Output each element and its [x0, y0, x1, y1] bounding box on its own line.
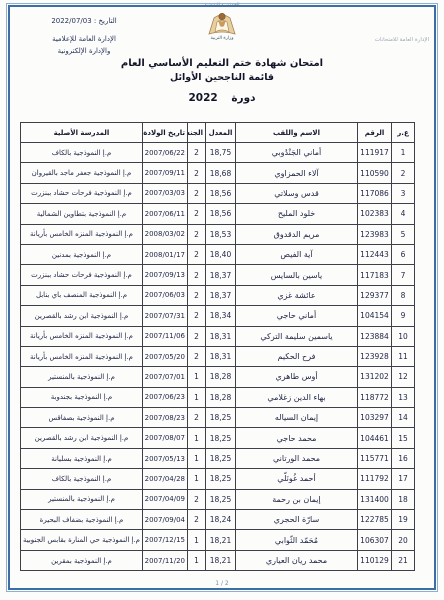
header-school: المدرسة الأصلية [21, 123, 143, 143]
cell-gender: 1 [188, 530, 206, 550]
cell-id: 104154 [358, 306, 392, 326]
cell-name: ياسمين سليمة التركي [236, 326, 358, 346]
table-row: 6112443آية الفيص18,4022008/01/17م.إ النم… [21, 244, 415, 264]
ministry-name-text: وزارة التربية [191, 36, 253, 42]
table-row: 7117183ياسين بالسايس18,3722007/09/13م.إ … [21, 265, 415, 285]
cell-school: م.إ النموذجية فرحات حشاد ببنزرت [21, 183, 143, 203]
table-header-row: ع.ر الرقم الاسم واللقب المعدل الجنس تاري… [21, 123, 415, 143]
cell-id: 129377 [358, 285, 392, 305]
table-row: 20106307مُحَمّد الثّوابي18,2112007/12/15… [21, 530, 415, 550]
header-gender: الجنس [188, 123, 206, 143]
date-value: 2022/07/03 [51, 17, 91, 25]
cell-name: عائشة غزي [236, 285, 358, 305]
cell-name: إيمان السياله [236, 408, 358, 428]
cell-dob: 2007/09/11 [143, 163, 188, 183]
cell-school: م.إ النموذجية ابن رشد بالقصرين [21, 306, 143, 326]
cell-rank: 2 [392, 163, 415, 183]
table-row: 9104154أماني حاجي18,3422007/07/31م.إ الن… [21, 306, 415, 326]
table-row: 10123884ياسمين سليمة التركي18,3122007/11… [21, 326, 415, 346]
cell-name: محمد حاجي [236, 428, 358, 448]
cell-id: 118772 [358, 387, 392, 407]
table-row: 19122785سارّة الحجري18,2422007/09/04م.إ … [21, 510, 415, 530]
cell-id: 123983 [358, 224, 392, 244]
table-row: 13118772بهاء الدين زغلامي18,2812007/06/2… [21, 387, 415, 407]
cell-rank: 19 [392, 510, 415, 530]
cell-dob: 2008/03/02 [143, 224, 188, 244]
cell-rank: 13 [392, 387, 415, 407]
cell-avg: 18,40 [206, 244, 236, 264]
cell-school: م.إ النموذجية بالكاف [21, 143, 143, 163]
cell-avg: 18,25 [206, 448, 236, 468]
list-subtitle: قائمة الناجحين الأوائل [0, 71, 444, 85]
header-birthdate: تاريخ الولادة [143, 123, 188, 143]
cell-school: م.إ النموذجية المنزه الخامس بأريانة [21, 224, 143, 244]
cell-avg: 18,53 [206, 224, 236, 244]
cell-dob: 2007/07/31 [143, 306, 188, 326]
cell-avg: 18,28 [206, 367, 236, 387]
cell-avg: 18,21 [206, 550, 236, 570]
cell-avg: 18,56 [206, 183, 236, 203]
cell-school: م.إ النموذجية المنصف باي بنابل [21, 285, 143, 305]
cell-name: بهاء الدين زغلامي [236, 387, 358, 407]
cell-rank: 10 [392, 326, 415, 346]
cell-dob: 2007/06/22 [143, 143, 188, 163]
cell-gender: 2 [188, 183, 206, 203]
cell-dob: 2007/07/01 [143, 367, 188, 387]
cell-dob: 2007/09/13 [143, 265, 188, 285]
cell-gender: 2 [188, 204, 206, 224]
date-label: التاريخ : [94, 17, 117, 25]
cell-rank: 11 [392, 346, 415, 366]
exam-title: امتحان شهادة ختم التعليم الأساسي العام [0, 56, 444, 71]
cell-dob: 2007/04/09 [143, 489, 188, 509]
cell-school: م.إ النموذجية بجندوبة [21, 387, 143, 407]
cell-dob: 2007/06/11 [143, 204, 188, 224]
cell-school: م.إ النموذجية بالمنستير [21, 367, 143, 387]
page-indicator: 1 / 2 [0, 580, 444, 587]
table-row: 11123928فرح الحكيم18,3122007/05/20م.إ ال… [21, 346, 415, 366]
table-row: 17111792أحمد غُونَلّي18,2512007/04/28م.إ… [21, 469, 415, 489]
session-year: 2022 [188, 92, 217, 104]
cell-school: م.إ النموذجية حي المنارة بقابس الجنوبية [21, 530, 143, 550]
cell-id: 103297 [358, 408, 392, 428]
cell-rank: 7 [392, 265, 415, 285]
cell-dob: 2007/09/04 [143, 510, 188, 530]
cell-school: م.إ النموذجية ابن رشد بالقصرين [21, 428, 143, 448]
cell-school: م.إ النموذجية بمدنين [21, 244, 143, 264]
cell-gender: 2 [188, 265, 206, 285]
cell-id: 117183 [358, 265, 392, 285]
cell-name: ياسين بالسايس [236, 265, 358, 285]
cell-avg: 18,25 [206, 428, 236, 448]
cell-dob: 2007/06/03 [143, 285, 188, 305]
cell-name: إيمان بن رحمة [236, 489, 358, 509]
cell-rank: 12 [392, 367, 415, 387]
cell-school: م.إ النموذجية بسليانة [21, 448, 143, 468]
table-row: 21110129محمد ريان العياري18,2112007/11/2… [21, 550, 415, 570]
cell-name: محمد الورتاني [236, 448, 358, 468]
cell-dob: 2007/11/06 [143, 326, 188, 346]
cell-avg: 18,75 [206, 143, 236, 163]
cell-id: 110129 [358, 550, 392, 570]
cell-avg: 18,25 [206, 489, 236, 509]
cell-rank: 5 [392, 224, 415, 244]
cell-dob: 2007/04/28 [143, 469, 188, 489]
cell-rank: 20 [392, 530, 415, 550]
cell-avg: 18,37 [206, 265, 236, 285]
table-row: 12131202أوس طاهري18,2812007/07/01م.إ الن… [21, 367, 415, 387]
cell-avg: 18,31 [206, 326, 236, 346]
cell-id: 111917 [358, 143, 392, 163]
cell-gender: 1 [188, 428, 206, 448]
cell-school: م.إ النموذجية فرحات حشاد ببنزرت [21, 265, 143, 285]
cell-gender: 2 [188, 163, 206, 183]
cell-rank: 15 [392, 428, 415, 448]
cell-id: 131202 [358, 367, 392, 387]
cell-dob: 2007/08/07 [143, 428, 188, 448]
cell-name: مُحَمّد الثّوابي [236, 530, 358, 550]
cell-avg: 18,68 [206, 163, 236, 183]
cell-dob: 2007/11/20 [143, 550, 188, 570]
session-label: دورة [231, 92, 255, 104]
cell-name: أوس طاهري [236, 367, 358, 387]
cell-avg: 18,21 [206, 530, 236, 550]
cell-name: آلاء الحمزاوي [236, 163, 358, 183]
cell-gender: 2 [188, 224, 206, 244]
cell-rank: 3 [392, 183, 415, 203]
cell-name: خلود المليح [236, 204, 358, 224]
table-row: 16115771محمد الورتاني18,2512007/05/13م.إ… [21, 448, 415, 468]
cell-rank: 16 [392, 448, 415, 468]
cell-gender: 1 [188, 367, 206, 387]
cell-rank: 8 [392, 285, 415, 305]
header-left-block: التاريخ : 2022/07/03 الإدارة العامة للإع… [22, 15, 146, 57]
cell-school: م.إ النموذجية بضفاف البحيرة [21, 510, 143, 530]
cell-dob: 2008/01/17 [143, 244, 188, 264]
cell-rank: 18 [392, 489, 415, 509]
results-table: ع.ر الرقم الاسم واللقب المعدل الجنس تاري… [20, 122, 415, 571]
cell-id: 131400 [358, 489, 392, 509]
cell-avg: 18,25 [206, 408, 236, 428]
cell-gender: 2 [188, 285, 206, 305]
cell-id: 106307 [358, 530, 392, 550]
cell-avg: 18,34 [206, 306, 236, 326]
exams-administration-note: الإدارة العامة للامتحانات [375, 37, 429, 43]
cell-rank: 14 [392, 408, 415, 428]
cell-gender: 1 [188, 387, 206, 407]
cell-school: م.إ النموذجية بصفاقس [21, 408, 143, 428]
cell-name: أماني حاجي [236, 306, 358, 326]
results-tbody: 1111917أماني الجَنْدُوبي18,7522007/06/22… [21, 143, 415, 571]
cell-name: مريم الدقدوق [236, 224, 358, 244]
session-line: دورة 2022 [0, 92, 444, 104]
title-block: امتحان شهادة ختم التعليم الأساسي العام ق… [0, 56, 444, 104]
cell-id: 110590 [358, 163, 392, 183]
cell-school: م.إ النموذجية المنزه الخامس بأريانة [21, 326, 143, 346]
ministry-logo: الجمهورية التونسية وزارة التربية [191, 3, 253, 42]
cell-avg: 18,56 [206, 204, 236, 224]
cell-dob: 2007/03/03 [143, 183, 188, 203]
cell-gender: 2 [188, 306, 206, 326]
document-page: { "header": { "date_label": "التاريخ :",… [0, 0, 444, 600]
cell-gender: 1 [188, 550, 206, 570]
cell-school: م.إ النموذجية المنزه الخامس بأريانة [21, 346, 143, 366]
cell-school: م.إ النموذجية بتطاوين الشمالية [21, 204, 143, 224]
cell-gender: 2 [188, 244, 206, 264]
cell-id: 115771 [358, 448, 392, 468]
department-line-1: الإدارة العامة للإعلامية [22, 33, 146, 45]
cell-dob: 2007/06/23 [143, 387, 188, 407]
cell-dob: 2007/05/13 [143, 448, 188, 468]
cell-rank: 21 [392, 550, 415, 570]
cell-id: 112443 [358, 244, 392, 264]
cell-id: 102383 [358, 204, 392, 224]
cell-gender: 1 [188, 469, 206, 489]
cell-rank: 9 [392, 306, 415, 326]
cell-name: آية الفيص [236, 244, 358, 264]
cell-id: 123884 [358, 326, 392, 346]
date-line: التاريخ : 2022/07/03 [22, 15, 146, 27]
cell-gender: 2 [188, 510, 206, 530]
cell-gender: 1 [188, 448, 206, 468]
header-average: المعدل [206, 123, 236, 143]
republic-calligraphy-text: الجمهورية التونسية [191, 3, 253, 9]
cell-dob: 2007/05/20 [143, 346, 188, 366]
cell-id: 123928 [358, 346, 392, 366]
cell-school: م.إ النموذجية بمقرين [21, 550, 143, 570]
cell-avg: 18,31 [206, 346, 236, 366]
cell-rank: 1 [392, 143, 415, 163]
table-row: 4102383خلود المليح18,5622007/06/11م.إ ال… [21, 204, 415, 224]
cell-rank: 6 [392, 244, 415, 264]
cell-name: سارّة الحجري [236, 510, 358, 530]
table-row: 15104461محمد حاجي18,2512007/08/07م.إ الن… [21, 428, 415, 448]
cell-dob: 2007/08/23 [143, 408, 188, 428]
cell-name: فرح الحكيم [236, 346, 358, 366]
cell-id: 111792 [358, 469, 392, 489]
cell-gender: 2 [188, 143, 206, 163]
table-row: 1111917أماني الجَنْدُوبي18,7522007/06/22… [21, 143, 415, 163]
cell-id: 117086 [358, 183, 392, 203]
cell-gender: 2 [188, 489, 206, 509]
cell-gender: 2 [188, 326, 206, 346]
cell-name: أحمد غُونَلّي [236, 469, 358, 489]
header-rank: ع.ر [392, 123, 415, 143]
cell-avg: 18,28 [206, 387, 236, 407]
cell-dob: 2007/12/15 [143, 530, 188, 550]
cell-id: 122785 [358, 510, 392, 530]
cell-id: 104461 [358, 428, 392, 448]
cell-rank: 17 [392, 469, 415, 489]
table-row: 5123983مريم الدقدوق18,5322008/03/02م.إ ا… [21, 224, 415, 244]
cell-gender: 2 [188, 408, 206, 428]
header-id: الرقم [358, 123, 392, 143]
cell-avg: 18,24 [206, 510, 236, 530]
table-row: 8129377عائشة غزي18,3722007/06/03م.إ النم… [21, 285, 415, 305]
header-name: الاسم واللقب [236, 123, 358, 143]
cell-name: محمد ريان العياري [236, 550, 358, 570]
table-row: 3117086قدس وسلاتي18,5622007/03/03م.إ الن… [21, 183, 415, 203]
cell-gender: 2 [188, 346, 206, 366]
cell-avg: 18,37 [206, 285, 236, 305]
cell-school: م.إ النموذجية بالكاف [21, 469, 143, 489]
ministry-of-education-emblem-icon [205, 10, 239, 36]
cell-school: م.إ النموذجية جعفر ماجد بالقيروان [21, 163, 143, 183]
cell-avg: 18,25 [206, 469, 236, 489]
table-row: 14103297إيمان السياله18,2522007/08/23م.إ… [21, 408, 415, 428]
cell-rank: 4 [392, 204, 415, 224]
table-row: 2110590آلاء الحمزاوي18,6822007/09/11م.إ … [21, 163, 415, 183]
cell-school: م.إ النموذجية بالمنستير [21, 489, 143, 509]
cell-name: قدس وسلاتي [236, 183, 358, 203]
cell-name: أماني الجَنْدُوبي [236, 143, 358, 163]
table-row: 18131400إيمان بن رحمة18,2522007/04/09م.إ… [21, 489, 415, 509]
page-background: التاريخ : 2022/07/03 الإدارة العامة للإع… [0, 0, 444, 600]
